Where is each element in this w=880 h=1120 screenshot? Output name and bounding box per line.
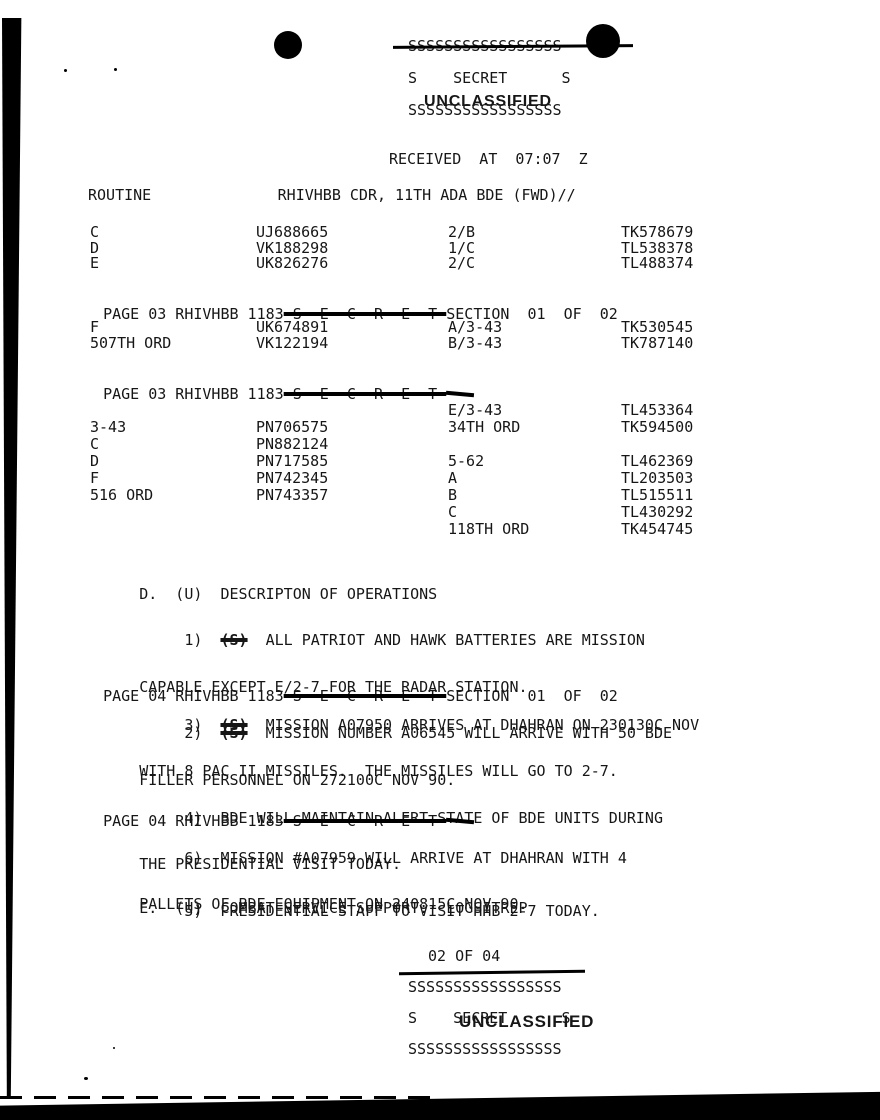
grid-ref-cell — [256, 521, 448, 538]
table-row: E UK826276 2/C TL488374 — [90, 256, 693, 272]
table-row: D PN717585 5-62 TL462369 — [90, 453, 693, 470]
line-text: WITH 8 PAC II MISSILES. THE MISSILES WIL… — [139, 762, 618, 780]
unit-cell-right: B — [448, 487, 621, 504]
table-row: F PN742345 A TL203503 — [90, 470, 693, 487]
unit-cell: F — [90, 470, 256, 487]
line-text: 1) — [139, 631, 220, 649]
scan-speck — [113, 1047, 115, 1049]
unit-coord-table-3: E/3-43 TL453364 3-43 PN706575 34TH ORD T… — [90, 402, 693, 538]
unit-cell — [90, 402, 256, 419]
routine-line: ROUTINE RHIVHBB CDR, 11TH ADA BDE (FWD)/… — [88, 187, 576, 203]
unit-coord-table-2: F UK674891 A/3-43 TK530545 507TH ORD VK1… — [90, 320, 693, 351]
received-at-line: RECEIVED AT 07:07 Z — [389, 151, 588, 167]
scan-speck — [114, 68, 117, 71]
secret-stamp-bottom: 02 OF 04 SSSSSSSSSSSSSSSSS S SECRET S SS… — [408, 933, 571, 1073]
page-count: 02 OF 04 — [408, 949, 571, 965]
unit-cell-right: 118TH ORD — [448, 521, 621, 538]
s-row: SSSSSSSSSSSSSSSSS — [408, 1042, 571, 1058]
grid-ref-cell: PN743357 — [256, 487, 448, 504]
unit-cell — [90, 504, 256, 521]
s-row: SSSSSSSSSSSSSSSSS — [408, 980, 571, 996]
line-text: ALL PATRIOT AND HAWK BATTERIES ARE MISSI… — [248, 631, 645, 649]
line-text: D. (U) DESCRIPTON OF OPERATIONS — [139, 585, 437, 603]
unit-cell: D — [90, 453, 256, 470]
unit-cell: 516 ORD — [90, 487, 256, 504]
grid-ref-cell: PN717585 — [256, 453, 448, 470]
unit-cell: E — [90, 256, 256, 272]
coord-cell: TK454745 — [621, 521, 693, 538]
banner-prefix: PAGE 04 RHIVHBB 1183 — [103, 812, 284, 830]
table-row: E/3-43 TL453364 — [90, 402, 693, 419]
unit-cell-right: A — [448, 470, 621, 487]
coord-cell: TL453364 — [621, 402, 693, 419]
unit-cell-right: C — [448, 504, 621, 521]
paragraph-line: D. (U) DESCRIPTON OF OPERATIONS — [85, 571, 672, 618]
paragraph-line: 3) (S) MISSION A07950 ARRIVES AT DHAHRAN… — [85, 702, 699, 749]
coord-cell: TL203503 — [621, 470, 693, 487]
coord-cell: TK787140 — [621, 336, 693, 352]
coord-cell: TL462369 — [621, 453, 693, 470]
paragraph-line: WITH 8 PAC II MISSILES. THE MISSILES WIL… — [85, 749, 699, 796]
grid-ref-cell — [256, 402, 448, 419]
battery-cell: 2/C — [448, 256, 621, 272]
battery-cell: B/3-43 — [448, 336, 621, 352]
page-03-banner-2: PAGE 03 RHIVHBB 1183 S E C R E T — [85, 370, 474, 402]
coord-cell: TL430292 — [621, 504, 693, 521]
table-row: F UK674891 A/3-43 TK530545 — [90, 320, 693, 336]
grid-ref-cell — [256, 504, 448, 521]
grid-ref-cell: PN742345 — [256, 470, 448, 487]
struck-secret: S E C R E T — [284, 385, 447, 403]
table-row: 516 ORD PN743357 B TL515511 — [90, 487, 693, 504]
strike-tail — [446, 391, 474, 397]
unit-cell: 507TH ORD — [90, 336, 256, 352]
grid-ref-cell: PN706575 — [256, 419, 448, 436]
paragraph-line: E. (U) COMBAT SERVICE SUPPORT: LOGSITREP — [85, 885, 528, 932]
hole-punch-left — [274, 31, 302, 59]
unit-cell: 3-43 — [90, 419, 256, 436]
bottom-edge-dashes — [0, 1096, 430, 1099]
paragraph-line: 6) MISSION #A07959 WILL ARRIVE AT DHAHRA… — [85, 835, 627, 882]
table-row: C UJ688665 2/B TK578679 — [90, 225, 693, 241]
section-e-logsitrep: E. (U) COMBAT SERVICE SUPPORT: LOGSITREP — [85, 885, 528, 932]
table-row: D VK188298 1/C TL538378 — [90, 241, 693, 257]
line-text: 3) — [139, 716, 220, 734]
unit-cell — [90, 521, 256, 538]
scanned-message-page: { "colors": {"ink": "#161616", "paper": … — [0, 0, 880, 1120]
unit-cell-right — [448, 436, 621, 453]
unit-cell: C — [90, 225, 256, 241]
unit-coord-table-1: C UJ688665 2/B TK578679 D VK188298 1/C T… — [90, 225, 693, 272]
scan-speck — [84, 1077, 88, 1080]
struck-classification-mark: (S) — [220, 716, 247, 734]
left-edge-scan-artifact — [2, 18, 24, 1098]
coord-cell — [621, 436, 693, 453]
unit-cell: D — [90, 241, 256, 257]
unit-cell: C — [90, 436, 256, 453]
table-row: 3-43 PN706575 34TH ORD TK594500 — [90, 419, 693, 436]
bottom-edge-scan-artifact — [0, 1088, 880, 1120]
coord-cell: TK594500 — [621, 419, 693, 436]
strike-tail — [446, 818, 474, 824]
table-row: 507TH ORD VK122194 B/3-43 TK787140 — [90, 336, 693, 352]
coord-cell: TL488374 — [621, 256, 693, 272]
hole-punch-right — [586, 24, 620, 58]
banner-prefix: PAGE 03 RHIVHBB 1183 — [103, 385, 284, 403]
struck-classification-mark: (S) — [220, 631, 247, 649]
grid-ref-cell: PN882124 — [256, 436, 448, 453]
unclassified-stamp-top: UNCLASSIFIED — [424, 94, 552, 110]
line-text: 6) MISSION #A07959 WILL ARRIVE AT DHAHRA… — [139, 849, 627, 867]
page-04-banner-1: PAGE 04 RHIVHBB 1183 S E C R E T SECTION… — [85, 672, 618, 704]
coord-cell: TL515511 — [621, 487, 693, 504]
line-text: E. (U) COMBAT SERVICE SUPPORT: LOGSITREP — [139, 899, 527, 917]
grid-ref-cell: UK826276 — [256, 256, 448, 272]
paragraph-line: 1) (S) ALL PATRIOT AND HAWK BATTERIES AR… — [85, 618, 672, 665]
page-04-banner-2: PAGE 04 RHIVHBB 1183 S E C R E T — [85, 797, 474, 829]
table-row: C PN882124 — [90, 436, 693, 453]
line-text: MISSION A07950 ARRIVES AT DHAHRAN ON 230… — [248, 716, 700, 734]
secret-stamp-top: SSSSSSSSSSSSSSSSS S SECRET S SSSSSSSSSSS… — [408, 22, 571, 134]
unclassified-stamp-bottom: UNCLASSIFIED — [459, 1014, 594, 1030]
unit-cell-right: E/3-43 — [448, 402, 621, 419]
table-row: 118TH ORD TK454745 — [90, 521, 693, 538]
unit-cell-right: 5-62 — [448, 453, 621, 470]
struck-secret: S E C R E T — [284, 812, 447, 830]
page-03-banner-1: PAGE 03 RHIVHBB 1183 S E C R E T SECTION… — [85, 290, 618, 322]
unit-cell-right: 34TH ORD — [448, 419, 621, 436]
grid-ref-cell: VK122194 — [256, 336, 448, 352]
table-row: C TL430292 — [90, 504, 693, 521]
secret-band: S SECRET S — [408, 70, 571, 86]
scan-speck — [64, 69, 67, 72]
